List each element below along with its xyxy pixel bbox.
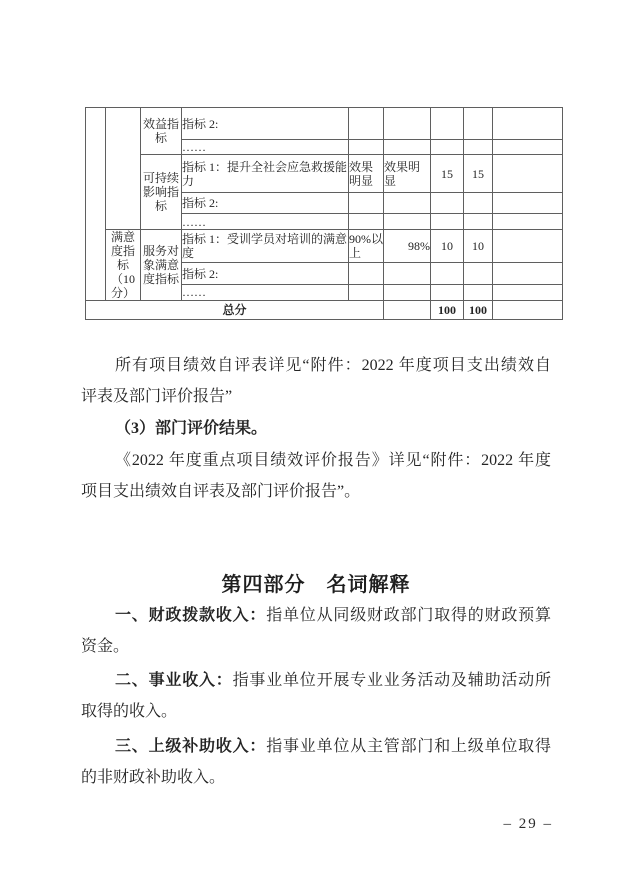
paragraph-line: 资金。 <box>81 631 551 662</box>
paragraph-definition-superior-subsidy: 三、上级补助收入：指事业单位从主管部门和上级单位取得 的非财政补助收入。 <box>81 731 551 793</box>
paragraph-line: 所有项目绩效自评表详见“附件：2022 年度项目支出绩效自 <box>81 350 551 381</box>
section-title: 第四部分 名词解释 <box>81 571 551 599</box>
paragraph-line: 取得的收入。 <box>81 696 551 727</box>
paragraph-definition-business-income: 二、事业收入：指事业单位开展专业业务活动及辅助活动所 取得的收入。 <box>81 665 551 727</box>
page-number: – 29 – <box>504 813 554 835</box>
paragraph-line: 评表及部门评价报告” <box>81 381 551 412</box>
definition-term: 二、事业收入： <box>115 672 233 689</box>
paragraph-self-eval-note: 所有项目绩效自评表详见“附件：2022 年度项目支出绩效自 评表及部门评价报告” <box>81 350 551 412</box>
paragraph-line: 一、财政拨款收入：指单位从同级财政部门取得的财政预算 <box>81 600 551 631</box>
paragraph-eval-report-note: 《2022 年度重点项目绩效评价报告》详见“附件：2022 年度 项目支出绩效自… <box>81 445 551 507</box>
definition-text: 指事业单位开展专业业务活动及辅助活动所 <box>233 672 551 689</box>
paragraph-line: 的非财政补助收入。 <box>81 762 551 793</box>
paragraph-line: 《2022 年度重点项目绩效评价报告》详见“附件：2022 年度 <box>81 445 551 476</box>
definition-text: 指单位从同级财政部门取得的财政预算 <box>266 607 551 624</box>
paragraph-definition-fiscal-income: 一、财政拨款收入：指单位从同级财政部门取得的财政预算 资金。 <box>81 600 551 662</box>
paragraph-line: 二、事业收入：指事业单位开展专业业务活动及辅助活动所 <box>81 665 551 696</box>
definition-term: 三、上级补助收入： <box>115 738 266 755</box>
definition-term: 一、财政拨款收入： <box>115 607 266 624</box>
paragraph-line: 项目支出绩效自评表及部门评价报告”。 <box>81 476 551 507</box>
paragraph-line: 三、上级补助收入：指事业单位从主管部门和上级单位取得 <box>81 731 551 762</box>
paragraph-line: （3）部门评价结果。 <box>81 413 551 444</box>
paragraph-dept-eval-heading: （3）部门评价结果。 <box>81 413 551 444</box>
body-text-layer: 所有项目绩效自评表详见“附件：2022 年度项目支出绩效自 评表及部门评价报告”… <box>81 0 551 895</box>
document-page: { "colors": { "ink": "#242424", "table_b… <box>0 0 633 895</box>
definition-text: 指事业单位从主管部门和上级单位取得 <box>266 738 551 755</box>
